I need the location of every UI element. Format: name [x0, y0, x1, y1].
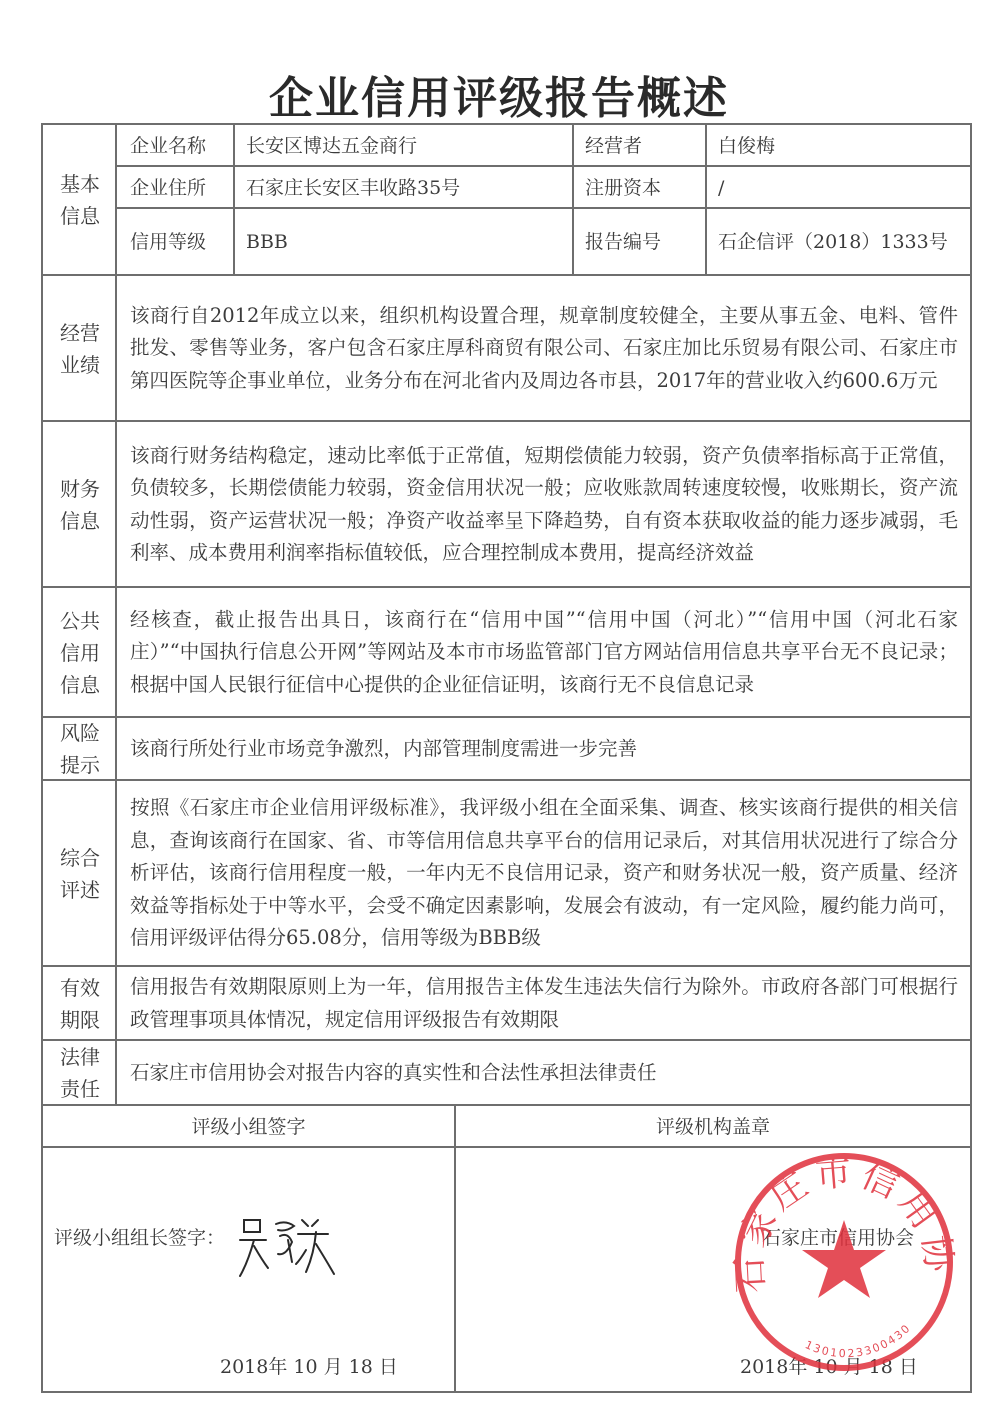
section-text-public-credit-info: 经核查，截止报告出具日，该商行在“信用中国”“信用中国（河北）”“信用中国（河北… — [116, 588, 970, 717]
label-company-address: 企业住所 — [130, 167, 206, 208]
section-label-basic-info: 基本信息 — [43, 125, 117, 275]
label-company-name: 企业名称 — [130, 125, 206, 166]
section-text-business-performance: 该商行自2012年成立以来，组织机构设置合理，规章制度较健全，主要从事五金、电料… — [116, 276, 970, 421]
value-registered-capital: / — [718, 167, 724, 208]
signature-divider — [454, 1105, 456, 1392]
label-operator: 经营者 — [585, 125, 642, 166]
row-divider — [116, 165, 971, 167]
col-divider — [705, 123, 707, 275]
section-label-text: 有效期限 — [58, 972, 102, 1036]
section-label-text: 财务信息 — [58, 473, 102, 537]
section-label-validity-period: 有效期限 — [43, 967, 117, 1040]
org-stamp-header: 评级机构盖章 — [456, 1106, 970, 1147]
section-label-business-performance: 经营业绩 — [43, 276, 117, 421]
value-report-number: 石企信评（2018）1333号 — [718, 209, 958, 275]
team-signature-date: 2018年 10 月 18 日 — [220, 1352, 398, 1382]
section-text-legal-liability: 石家庄市信用协会对报告内容的真实性和合法性承担法律责任 — [116, 1041, 970, 1105]
label-credit-grade: 信用等级 — [130, 209, 206, 275]
section-label-text: 法律责任 — [58, 1041, 102, 1105]
label-report-number: 报告编号 — [585, 209, 661, 275]
value-credit-grade: BBB — [246, 209, 288, 275]
section-label-text: 经营业绩 — [58, 317, 102, 381]
section-text-overall-review: 按照《石家庄市企业信用评级标准》，我评级小组在全面采集、调查、核实该商行提供的相… — [116, 781, 970, 966]
section-label-risk-warning: 风险提示 — [43, 718, 117, 780]
page-title: 企业信用评级报告概述 — [0, 62, 998, 126]
table-border-bottom — [42, 1391, 972, 1393]
handwritten-signature-icon — [236, 1210, 346, 1280]
section-label-text: 基本信息 — [58, 168, 102, 232]
value-company-address: 石家庄长安区丰收路35号 — [246, 167, 460, 208]
team-signature-header: 评级小组签字 — [43, 1106, 454, 1147]
section-text-validity-period: 信用报告有效期限原则上为一年，信用报告主体发生违法失信行为除外。市政府各部门可根… — [116, 967, 970, 1040]
value-operator: 白俊梅 — [718, 125, 775, 166]
section-label-legal-liability: 法律责任 — [43, 1041, 117, 1105]
section-label-financial-info: 财务信息 — [43, 422, 117, 587]
section-label-text: 公共信用信息 — [58, 605, 102, 701]
label-registered-capital: 注册资本 — [585, 167, 661, 208]
col-divider — [572, 123, 574, 275]
section-text-risk-warning: 该商行所处行业市场竞争激烈，内部管理制度需进一步完善 — [116, 718, 970, 780]
table-border-right — [970, 123, 972, 1393]
col-divider — [233, 123, 235, 275]
team-leader-signature-label: 评级小组组长签字： — [54, 1220, 225, 1256]
value-company-name: 长安区博达五金商行 — [246, 125, 417, 166]
section-label-public-credit-info: 公共信用信息 — [43, 588, 117, 717]
section-label-text: 综合评述 — [58, 842, 102, 906]
official-seal-icon: 石家庄市信用协会 1301023300430 — [730, 1148, 958, 1376]
section-text-financial-info: 该商行财务结构稳定，速动比率低于正常值，短期偿债能力较弱，资产负债率指标高于正常… — [116, 422, 970, 587]
section-label-text: 风险提示 — [58, 717, 102, 781]
section-label-overall-review: 综合评述 — [43, 781, 117, 966]
